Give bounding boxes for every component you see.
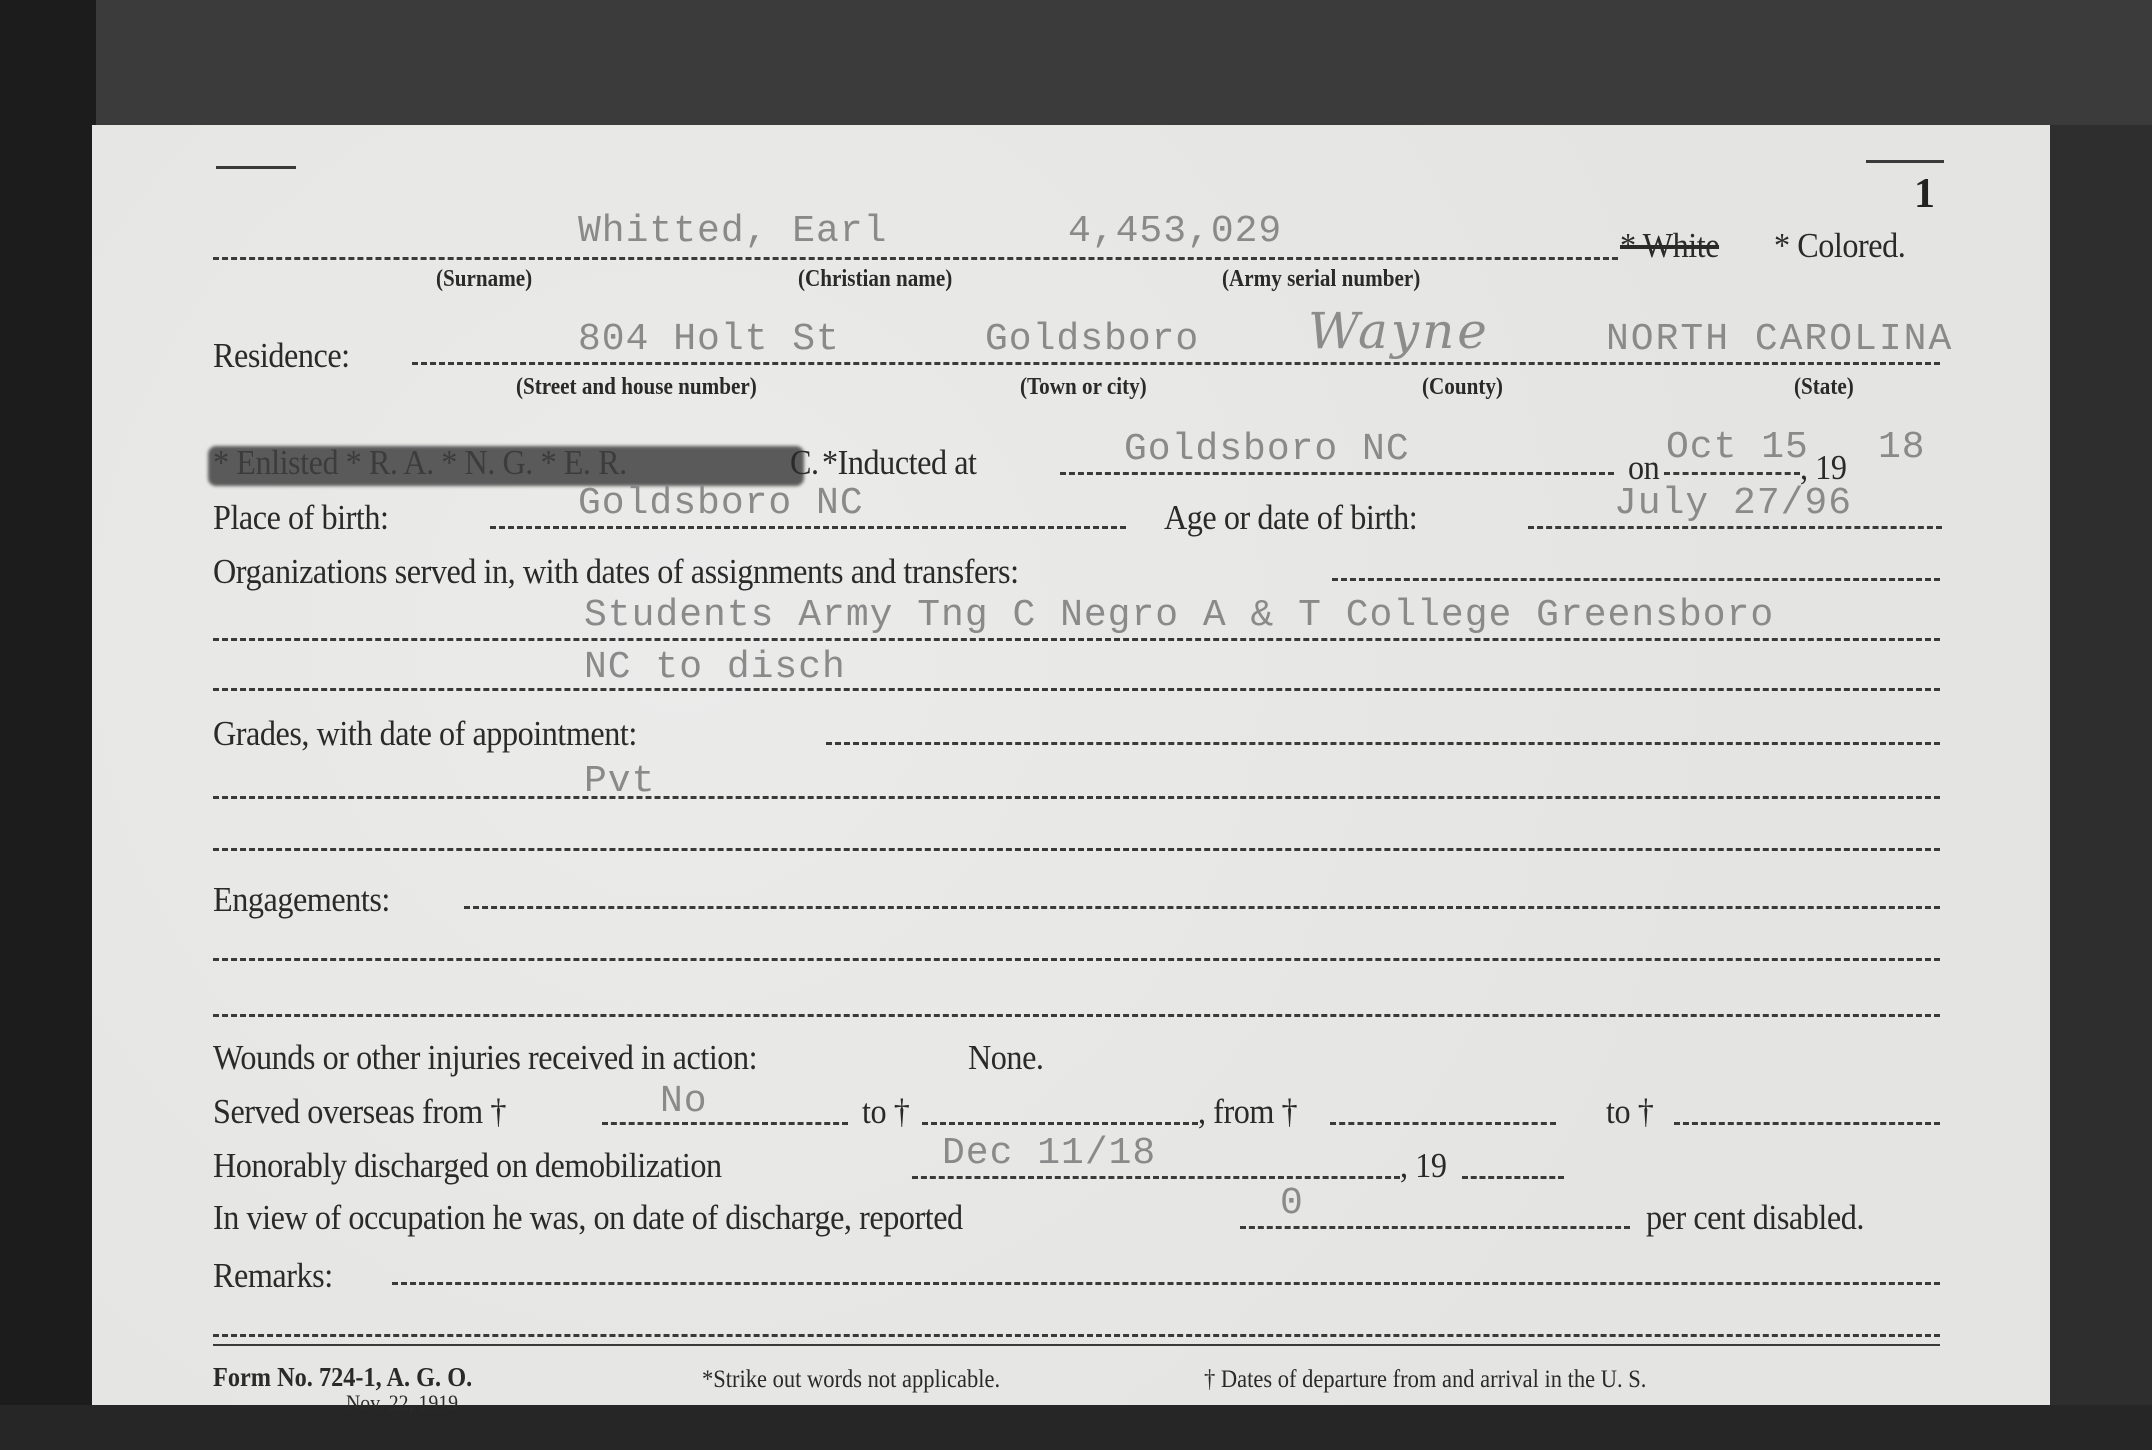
grades-line-1 (213, 796, 1940, 799)
induction-year-value: 18 (1878, 426, 1926, 469)
overseas-from-label: Served overseas from † (213, 1092, 506, 1132)
residence-line (412, 362, 1940, 365)
organizations-line-0 (1332, 578, 1940, 581)
residence-label: Residence: (213, 336, 350, 376)
organizations-label: Organizations served in, with dates of a… (213, 552, 1019, 592)
remarks-label: Remarks: (213, 1256, 333, 1296)
residence-state-value: NORTH CAROLINA (1606, 318, 1953, 361)
caption-surname: (Surname) (436, 266, 532, 293)
disability-line (1240, 1226, 1630, 1229)
top-left-rule (216, 166, 296, 169)
engagements-line-2 (213, 1014, 1940, 1017)
inducted-place-value: Goldsboro NC (1124, 428, 1410, 471)
engagements-line-0 (464, 906, 1940, 909)
overseas-from-line (602, 1122, 848, 1125)
inducted-at-label: *Inducted at (822, 443, 977, 483)
scan-background-top (96, 0, 2152, 125)
race-option-white: * White (1620, 226, 1719, 266)
disability-label: In view of occupation he was, on date of… (213, 1198, 963, 1238)
residence-county-value: Wayne (1308, 302, 1490, 360)
page-number: 1 (1914, 170, 1935, 218)
residence-town-value: Goldsboro (985, 318, 1199, 361)
induction-date-line (1664, 472, 1800, 475)
organizations-value-1: Students Army Tng C Negro A & T College … (584, 594, 1774, 637)
caption-christian-name: (Christian name) (798, 266, 952, 293)
overseas-from2-label: , from † (1198, 1092, 1297, 1132)
grades-line-2 (213, 848, 1940, 851)
overseas-from-value: No (660, 1080, 708, 1123)
discharge-date-value: Dec 11/18 (942, 1132, 1156, 1175)
place-of-birth-line (490, 526, 1126, 529)
form-number: Form No. 724-1, A. G. O. (213, 1362, 472, 1393)
form-date: Nov. 22, 1919 (346, 1390, 458, 1416)
residence-street-value: 804 Holt St (578, 318, 840, 361)
engagements-label: Engagements: (213, 880, 390, 920)
overseas-to2-label: to † (1606, 1092, 1653, 1132)
organizations-value-2: NC to disch (584, 646, 846, 689)
grades-label: Grades, with date of appointment: (213, 714, 637, 754)
overseas-to-line (922, 1122, 1198, 1125)
strike-out-note: *Strike out words not applicable. (702, 1366, 1000, 1394)
discharge-date-line (912, 1176, 1400, 1179)
race-white-struck: * White (1620, 226, 1719, 265)
remarks-line-0 (392, 1282, 1940, 1285)
name-line (213, 257, 1618, 260)
wounds-value: None. (968, 1038, 1043, 1078)
age-value: July 27/96 (1614, 482, 1852, 525)
discharge-year-line (1462, 1176, 1564, 1179)
place-of-birth-label: Place of birth: (213, 498, 389, 538)
organizations-line-2 (213, 688, 1940, 691)
caption-serial-number: (Army serial number) (1222, 266, 1420, 293)
inducted-place-line (1060, 472, 1614, 475)
remarks-line-1 (213, 1334, 1940, 1337)
scan-background-right (2050, 125, 2152, 1450)
disability-value: 0 (1280, 1182, 1304, 1225)
age-line (1528, 526, 1942, 529)
caption-county: (County) (1422, 374, 1503, 401)
overseas-to2-line (1674, 1122, 1940, 1125)
age-label: Age or date of birth: (1164, 498, 1417, 538)
name-value: Whitted, Earl (578, 210, 887, 253)
serial-number-value: 4,453,029 (1068, 210, 1282, 253)
wounds-label: Wounds or other injuries received in act… (213, 1038, 757, 1078)
discharge-year-prefix: , 19 (1400, 1146, 1446, 1186)
overseas-to-label: to † (862, 1092, 909, 1132)
enlisted-options-suffix: C. (790, 443, 819, 483)
caption-state: (State) (1794, 374, 1854, 401)
induction-date-value: Oct 15 (1666, 426, 1809, 469)
grades-line-0 (826, 742, 1940, 745)
disability-suffix: per cent disabled. (1646, 1198, 1864, 1238)
organizations-line-1 (213, 638, 1940, 641)
footer-rule (213, 1344, 1940, 1346)
top-right-rule (1866, 160, 1944, 163)
overseas-from2-line (1330, 1122, 1556, 1125)
scan-background-bottom (0, 1405, 2152, 1450)
caption-street: (Street and house number) (516, 374, 757, 401)
caption-town: (Town or city) (1020, 374, 1147, 401)
scan-background-left (0, 0, 96, 1450)
engagements-line-1 (213, 958, 1940, 961)
dates-note: † Dates of departure from and arrival in… (1204, 1366, 1646, 1394)
race-option-colored: * Colored. (1774, 226, 1905, 266)
place-of-birth-value: Goldsboro NC (578, 482, 864, 525)
enlisted-options-struck: * Enlisted * R. A. * N. G. * E. R. (213, 443, 627, 483)
discharge-label: Honorably discharged on demobilization (213, 1146, 722, 1186)
